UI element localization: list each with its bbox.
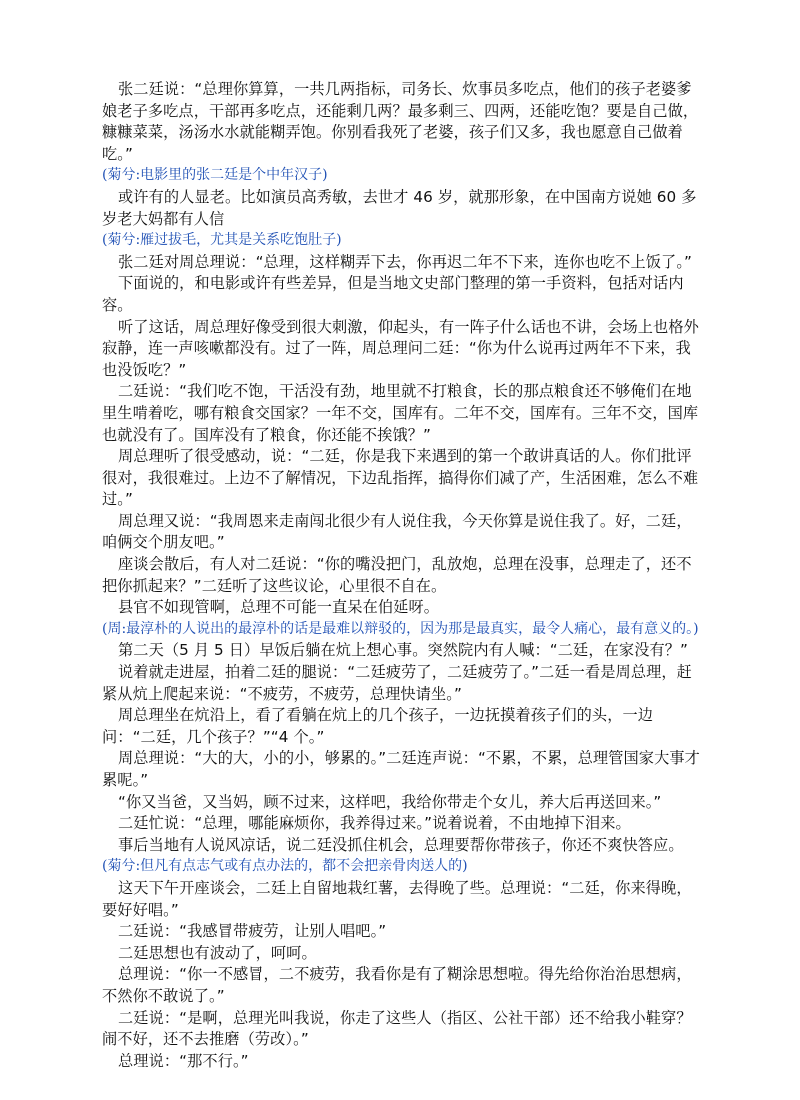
paragraph: 二廷忙说：“总理，哪能麻烦你，我养得过来。”说着说着，不由地掉下泪来。 [102, 813, 700, 835]
paragraph: 周总理坐在炕沿上，看了看躺在炕上的几个孩子，一边抚摸着孩子们的头，一边问：“二廷… [102, 705, 700, 748]
paragraph: 周总理又说：“我周恩来走南闯北很少有人说住我，今天你算是说住我了。好，二廷，咱俩… [102, 511, 700, 554]
paragraph: 这天下午开座谈会，二廷上自留地栽红薯，去得晚了些。总理说：“二廷，你来得晚，要好… [102, 878, 700, 921]
paragraph: 周总理听了很受感动，说：“二廷，你是我下来遇到的第一个敢讲真话的人。你们批评很对… [102, 446, 700, 511]
paragraph: 总理说：“那不行。” [102, 1051, 700, 1073]
paragraph: 下面说的，和电影或许有些差异，但是当地文史部门整理的第一手资料，包括对话内容。 [102, 273, 700, 316]
paragraph: 或许有的人显老。比如演员高秀敏，去世才 46 岁，就那形象，在中国南方说她 60… [102, 187, 700, 230]
paragraph: 事后当地有人说风凉话，说二廷没抓住机会，总理要帮你带孩子，你还不爽快答应。 [102, 835, 700, 857]
paragraph: 听了这话，周总理好像受到很大刺激，仰起头，有一阵子什么话也不讲，会场上也格外寂静… [102, 317, 700, 382]
paragraph: 说着就走进屋，拍着二廷的腿说：“二廷疲劳了，二廷疲劳了。”二廷一看是周总理，赶紧… [102, 662, 700, 705]
paragraph: 第二天（5 月 5 日）早饭后躺在炕上想心事。突然院内有人喊：“二廷，在家没有？… [102, 640, 700, 662]
paragraph: 张二廷说：“总理你算算，一共几两指标，司务长、炊事员多吃点，他们的孩子老婆爹娘老… [102, 79, 700, 165]
annotation-comment: (周:最淳朴的人说出的最淳朴的话是最难以辩驳的，因为那是最真实，最令人痛心，最有… [102, 619, 700, 641]
annotation-comment: (菊兮:电影里的张二廷是个中年汉子) [102, 165, 700, 187]
paragraph: “你又当爸，又当妈，顾不过来，这样吧，我给你带走个女儿，养大后再送回来。” [102, 792, 700, 814]
paragraph: 座谈会散后，有人对二廷说：“你的嘴没把门，乱放炮，总理在没事，总理走了，还不把你… [102, 554, 700, 597]
annotation-comment: (菊兮:但凡有点志气或有点办法的，都不会把亲骨肉送人的) [102, 856, 700, 878]
paragraph: 二廷说：“是啊，总理光叫我说，你走了这些人（指区、公社干部）还不给我小鞋穿？闹不… [102, 1008, 700, 1051]
annotation-comment: (菊兮:雁过拔毛，尤其是关系吃饱肚子) [102, 230, 700, 252]
paragraph: 总理说：“你一不感冒，二不疲劳，我看你是有了糊涂思想啦。得先给你治治思想病，不然… [102, 964, 700, 1007]
paragraph: 二廷说：“我们吃不饱，干活没有劲，地里就不打粮食，长的那点粮食还不够俺们在地里生… [102, 381, 700, 446]
paragraph: 张二廷对周总理说：“总理，这样糊弄下去，你再迟二年不下来，连你也吃不上饭了。” [102, 252, 700, 274]
paragraph: 二廷说：“我感冒带疲劳，让别人唱吧。” [102, 921, 700, 943]
paragraph: 二廷思想也有波动了，呵呵。 [102, 943, 700, 965]
paragraph: 周总理说：“大的大，小的小，够累的。”二廷连声说：“不累，不累，总理管国家大事才… [102, 748, 700, 791]
paragraph: 县官不如现管啊，总理不可能一直呆在伯延呀。 [102, 597, 700, 619]
document-body: 张二廷说：“总理你算算，一共几两指标，司务长、炊事员多吃点，他们的孩子老婆爹娘老… [102, 79, 700, 1072]
